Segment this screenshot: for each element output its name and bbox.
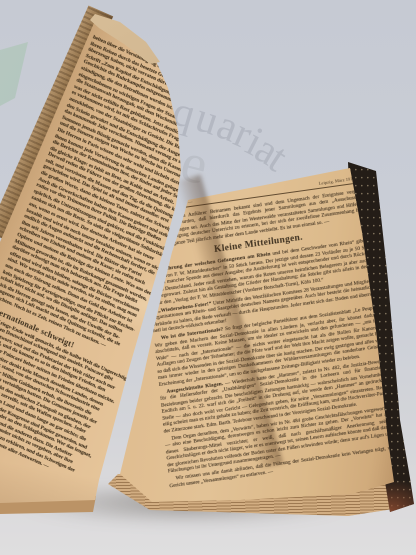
photo-antique-book: Antiquariat e — 101 — Leipzig, März 1917… bbox=[0, 0, 416, 555]
